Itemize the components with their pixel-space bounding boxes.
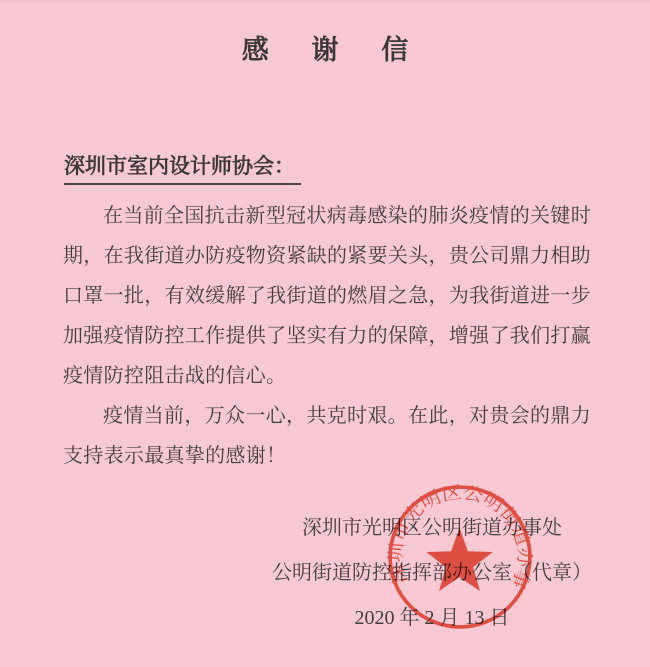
letter-title: 感 谢 信 <box>0 28 650 67</box>
date-line: 2020 年 2 月 13 日 <box>242 596 622 641</box>
letter-body: 在当前全国抗击新型冠状病毒感染的肺炎疫情的关键时期，在我街道办防疫物资紧缺的紧要… <box>63 196 591 476</box>
letter-document: 感 谢 信 深圳市室内设计师协会： 在当前全国抗击新型冠状病毒感染的肺炎疫情的关… <box>0 0 650 667</box>
body-paragraph: 疫情当前，万众一心，共克时艰。在此，对贵会的鼎力支持表示最真挚的感谢！ <box>63 396 591 476</box>
signature-office-line: 公明街道防控指挥部办公室（代章） <box>242 551 622 596</box>
salutation-text: 深圳市室内设计师协会： <box>64 150 301 185</box>
signature-block: 深圳市光明区公明街道办事处 公明街道防控指挥部办公室（代章） 2020 年 2 … <box>242 506 622 641</box>
salutation: 深圳市室内设计师协会： <box>64 150 301 185</box>
body-paragraph: 在当前全国抗击新型冠状病毒感染的肺炎疫情的关键时期，在我街道办防疫物资紧缺的紧要… <box>63 196 591 396</box>
signature-org-line: 深圳市光明区公明街道办事处 <box>242 506 622 551</box>
